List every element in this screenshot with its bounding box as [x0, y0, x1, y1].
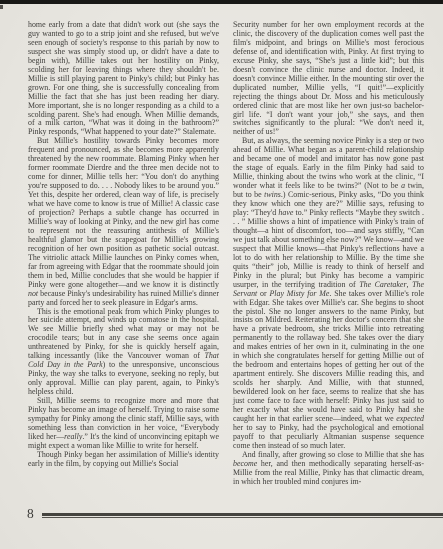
- text-segment: or: [257, 289, 269, 298]
- text-segment: And finally, after growing so close to M…: [242, 450, 424, 459]
- text-segment: But Millie's hostility towards Pinky bec…: [28, 136, 219, 288]
- text-segment: But, as always, the seeming novice Pinky…: [233, 136, 424, 190]
- footer-rule: [42, 513, 443, 519]
- italic-text-segment: really: [64, 432, 82, 441]
- page-number: 8: [27, 506, 34, 522]
- text-segment: This is the emotional peak from which Pi…: [28, 307, 219, 361]
- paragraph: And finally, after growing so close to M…: [233, 451, 424, 487]
- paragraph: home early from a date that didn't work …: [28, 21, 219, 137]
- text-segment: because Pinky's undesirability has ruine…: [28, 289, 219, 307]
- text-segment: to.” Pinky reflects “Maybe they switch .…: [233, 208, 424, 289]
- footer-rule-thick-line: [42, 513, 443, 516]
- italic-text-segment: become: [233, 459, 257, 468]
- text-segment: Though Pinky began her assimilation of M…: [28, 450, 219, 468]
- text-segment: Security number for her own employment r…: [233, 20, 424, 136]
- text-column-right: Security number for her own employment r…: [233, 21, 424, 487]
- paragraph: Still, Millie seems to recognize more an…: [28, 397, 219, 451]
- text-segment: home early from a date that didn't work …: [28, 20, 219, 136]
- italic-text-segment: not: [28, 289, 38, 298]
- scan-edge-bar: [0, 0, 443, 4]
- footer-rule-thin-line: [42, 517, 443, 518]
- paragraph: But Millie's hostility towards Pinky bec…: [28, 137, 219, 307]
- text-segment: . She takes over Millie's role with Edga…: [233, 289, 424, 423]
- text-segment: her, and then methodically separating he…: [233, 459, 424, 486]
- paragraph: But, as always, the seeming novice Pinky…: [233, 137, 424, 450]
- paragraph: Though Pinky began her assimilation of M…: [28, 451, 219, 469]
- italic-text-segment: twins: [264, 190, 281, 199]
- italic-text-segment: have: [278, 208, 293, 217]
- italic-text-segment: expected: [396, 414, 424, 423]
- scanned-book-page: home early from a date that didn't work …: [0, 0, 443, 549]
- text-column-left: home early from a date that didn't work …: [28, 21, 219, 469]
- scan-artifact: [0, 5, 3, 9]
- paragraph: This is the emotional peak from which Pi…: [28, 308, 219, 398]
- text-segment: her to say to Pinky, had the psychologic…: [233, 423, 424, 450]
- paragraph: Security number for her own employment r…: [233, 21, 424, 137]
- italic-text-segment: Play Misty for Me: [269, 289, 329, 298]
- italic-text-segment: The Caretaker: [359, 280, 406, 289]
